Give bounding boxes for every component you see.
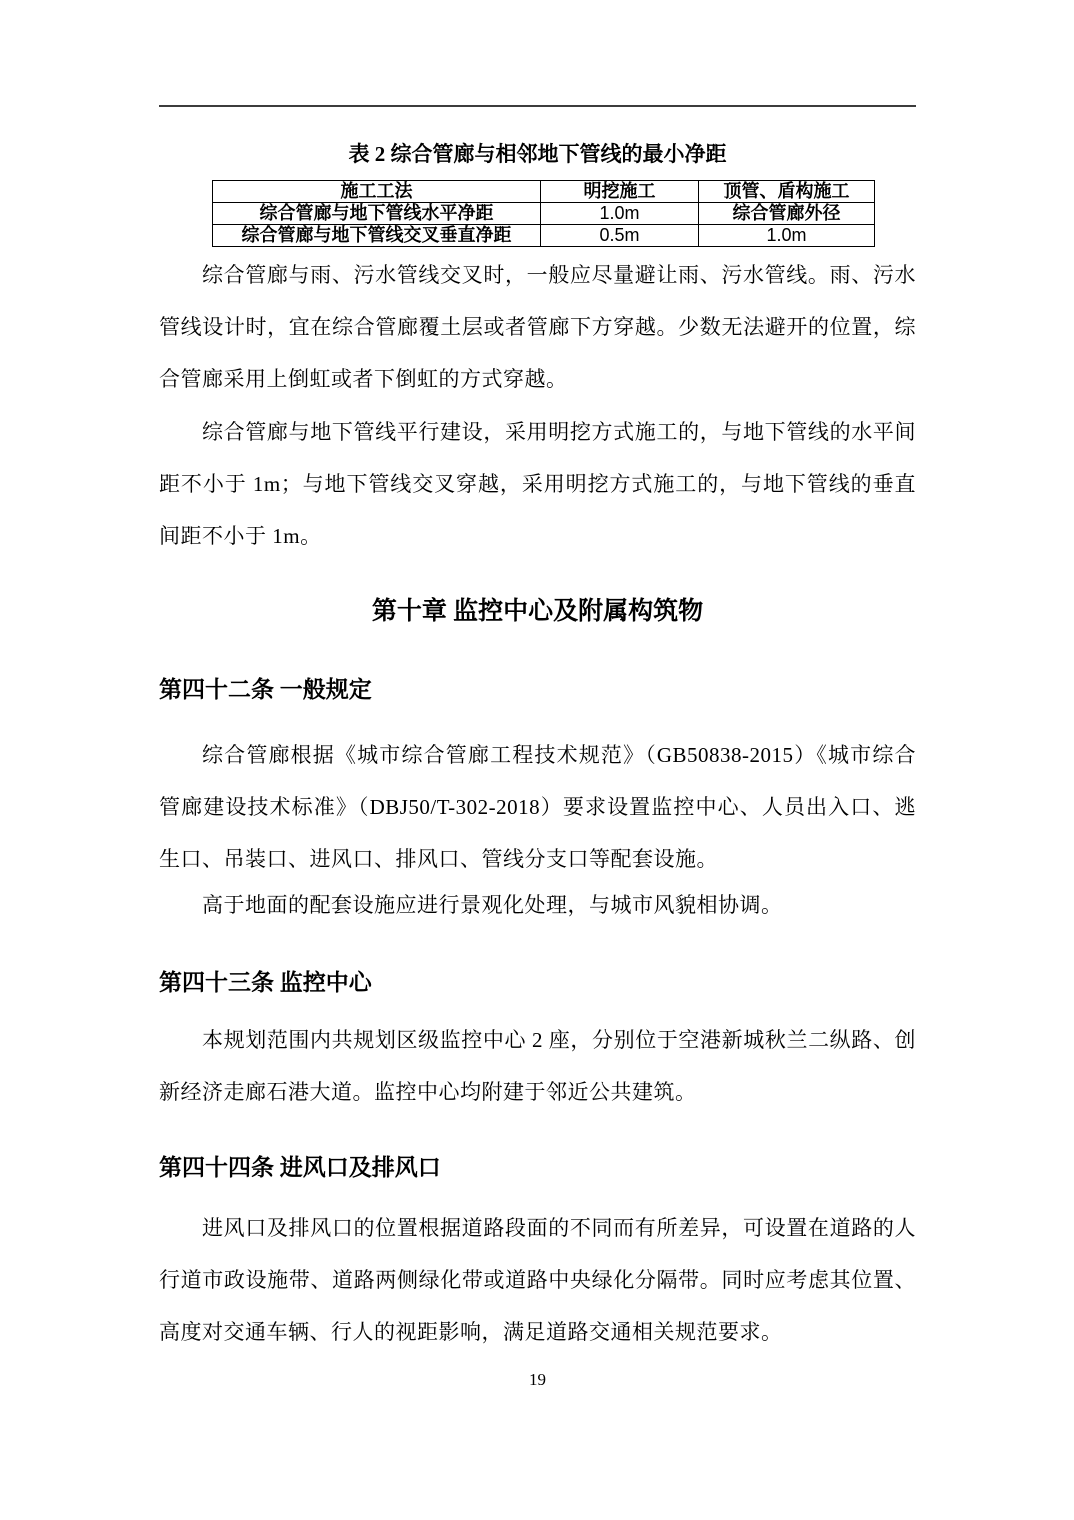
table-cell: 1.0m [541, 203, 699, 225]
table-cell: 综合管廊外径 [699, 203, 875, 225]
section-heading-44: 第四十四条 进风口及排风口 [159, 1146, 916, 1190]
page-number: 19 [159, 1368, 916, 1392]
table-caption: 表 2 综合管廊与相邻地下管线的最小净距 [159, 140, 916, 168]
paragraph: 进风口及排风口的位置根据道路段面的不同而有所差异，可设置在道路的人行道市政设施带… [159, 1202, 916, 1358]
table-header-cell: 明挖施工 [541, 181, 699, 203]
paragraph: 综合管廊与雨、污水管线交叉时，一般应尽量避让雨、污水管线。雨、污水管线设计时，宜… [159, 249, 916, 405]
chapter-title: 第十章 监控中心及附属构筑物 [159, 590, 916, 634]
header-divider [159, 105, 916, 107]
table-header-row: 施工工法 明挖施工 顶管、盾构施工 [213, 181, 875, 203]
clearance-table: 施工工法 明挖施工 顶管、盾构施工 综合管廊与地下管线水平净距 1.0m 综合管… [212, 180, 875, 247]
table-header-cell: 顶管、盾构施工 [699, 181, 875, 203]
table-cell: 0.5m [541, 225, 699, 247]
table-header-cell: 施工工法 [213, 181, 541, 203]
paragraph: 综合管廊根据《城市综合管廊工程技术规范》（GB50838-2015）《城市综合管… [159, 729, 916, 885]
table-row: 综合管廊与地下管线水平净距 1.0m 综合管廊外径 [213, 203, 875, 225]
paragraph: 高于地面的配套设施应进行景观化处理，与城市风貌相协调。 [159, 879, 916, 931]
table-cell: 综合管廊与地下管线交叉垂直净距 [213, 225, 541, 247]
table-row: 综合管廊与地下管线交叉垂直净距 0.5m 1.0m [213, 225, 875, 247]
paragraph: 本规划范围内共规划区级监控中心 2 座，分别位于空港新城秋兰二纵路、创新经济走廊… [159, 1014, 916, 1118]
section-heading-43: 第四十三条 监控中心 [159, 961, 916, 1005]
document-page: 表 2 综合管廊与相邻地下管线的最小净距 施工工法 明挖施工 顶管、盾构施工 综… [0, 0, 1074, 1520]
table-cell: 1.0m [699, 225, 875, 247]
section-heading-42: 第四十二条 一般规定 [159, 668, 916, 712]
table-cell: 综合管廊与地下管线水平净距 [213, 203, 541, 225]
paragraph: 综合管廊与地下管线平行建设，采用明挖方式施工的，与地下管线的水平间距不小于 1m… [159, 406, 916, 562]
